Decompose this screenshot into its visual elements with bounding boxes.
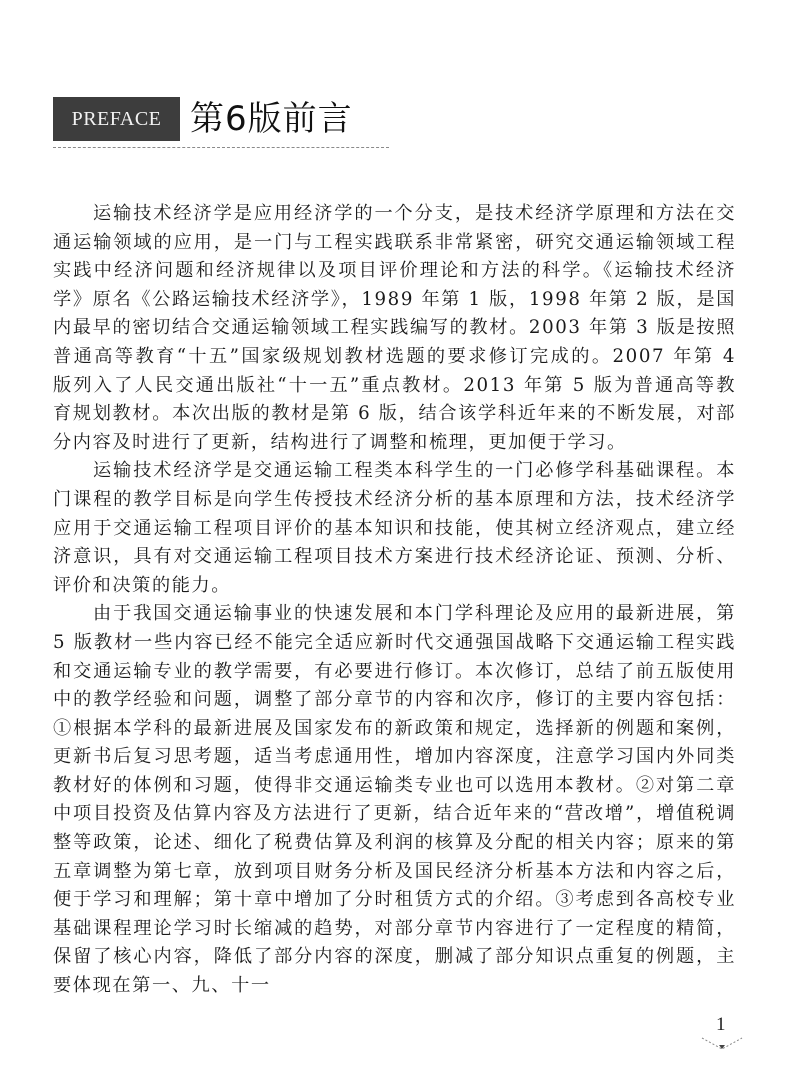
- page-number: 1: [716, 1014, 726, 1036]
- header-divider: [53, 147, 389, 148]
- paragraph-2: 运输技术经济学是交通运输工程类本科学生的一门必修学科基础课程。本门课程的教学目标…: [53, 457, 736, 600]
- preface-label: PREFACE: [53, 97, 180, 141]
- paragraph-3: 由于我国交通运输事业的快速发展和本门学科理论及应用的最新进展，第 5 版教材一些…: [53, 600, 736, 1000]
- page-header: PREFACE 第6版前言: [53, 96, 353, 142]
- paragraph-1: 运输技术经济学是应用经济学的一个分支，是技术经济学原理和方法在交通运输领域的应用…: [53, 200, 736, 457]
- page-number-chevron-icon: [700, 1036, 744, 1052]
- page-title: 第6版前言: [190, 97, 353, 141]
- body-text: 运输技术经济学是应用经济学的一个分支，是技术经济学原理和方法在交通运输领域的应用…: [53, 200, 736, 1001]
